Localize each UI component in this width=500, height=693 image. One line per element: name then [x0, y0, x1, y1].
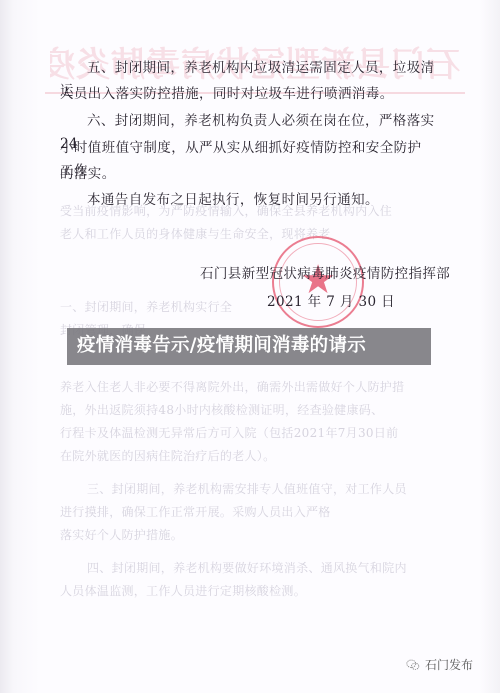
title-overlay-banner: 疫情消毒告示/疫情期间消毒的请示: [67, 328, 431, 365]
paragraph-five-line-2: 人员出入落实防控措施，同时对垃圾车进行喷洒消毒。: [60, 83, 435, 106]
ghost-text-line: 施，外出返院须持48小时内核酸检测证明，经查验健康码、: [60, 399, 440, 422]
watermark-label: 石门发布: [425, 656, 473, 673]
ghost-text-line: 四、封闭期间，养老机构要做好环境消杀、通风换气和院内: [60, 557, 440, 580]
source-watermark: 石门发布: [406, 656, 473, 673]
ghost-text-line: 三、封闭期间，养老机构需安排专人值班值守，对工作人员: [60, 478, 440, 501]
issue-date: 2021 年 7 月 30 日: [267, 290, 395, 310]
ghost-text-line: 落实好个人防护措施。: [60, 524, 440, 547]
overlay-title: 疫情消毒告示/疫情期间消毒的请示: [77, 335, 366, 357]
wechat-icon: [406, 659, 420, 671]
ghost-text-line: 进行摸排，确保工作正常开展。采购人员出入严格: [60, 501, 440, 524]
ghost-text-line: 行程卡及体温检测无异常后方可入院（包括2021年7月30日前: [60, 422, 440, 445]
ghost-text-line: 养老入住老人非必要不得离院外出，确需外出需做好个人防护措: [60, 376, 440, 399]
ghost-text-line: 人员体温监测，工作人员进行定期核酸检测。: [60, 580, 440, 603]
official-seal: ★: [272, 236, 364, 328]
ghost-text-line: 在院外就医的因病住院治疗后的老人）。: [60, 445, 440, 468]
closing-statement: 本通告自发布之日起执行，恢复时间另行通知。: [60, 189, 435, 212]
paragraph-six-line-3: 的落实。: [60, 163, 435, 186]
issuing-organization: 石门县新型冠状病毒肺炎疫情防控指挥部: [200, 262, 450, 282]
scanned-document-page: 石门县新型冠状病毒肺炎疫情防控指挥部 受当前疫情影响，为严防疫情输入，确保全县养…: [0, 0, 500, 693]
ghost-text-line: 老人和工作人员的身体健康与生命安全，现将养老: [60, 223, 440, 246]
